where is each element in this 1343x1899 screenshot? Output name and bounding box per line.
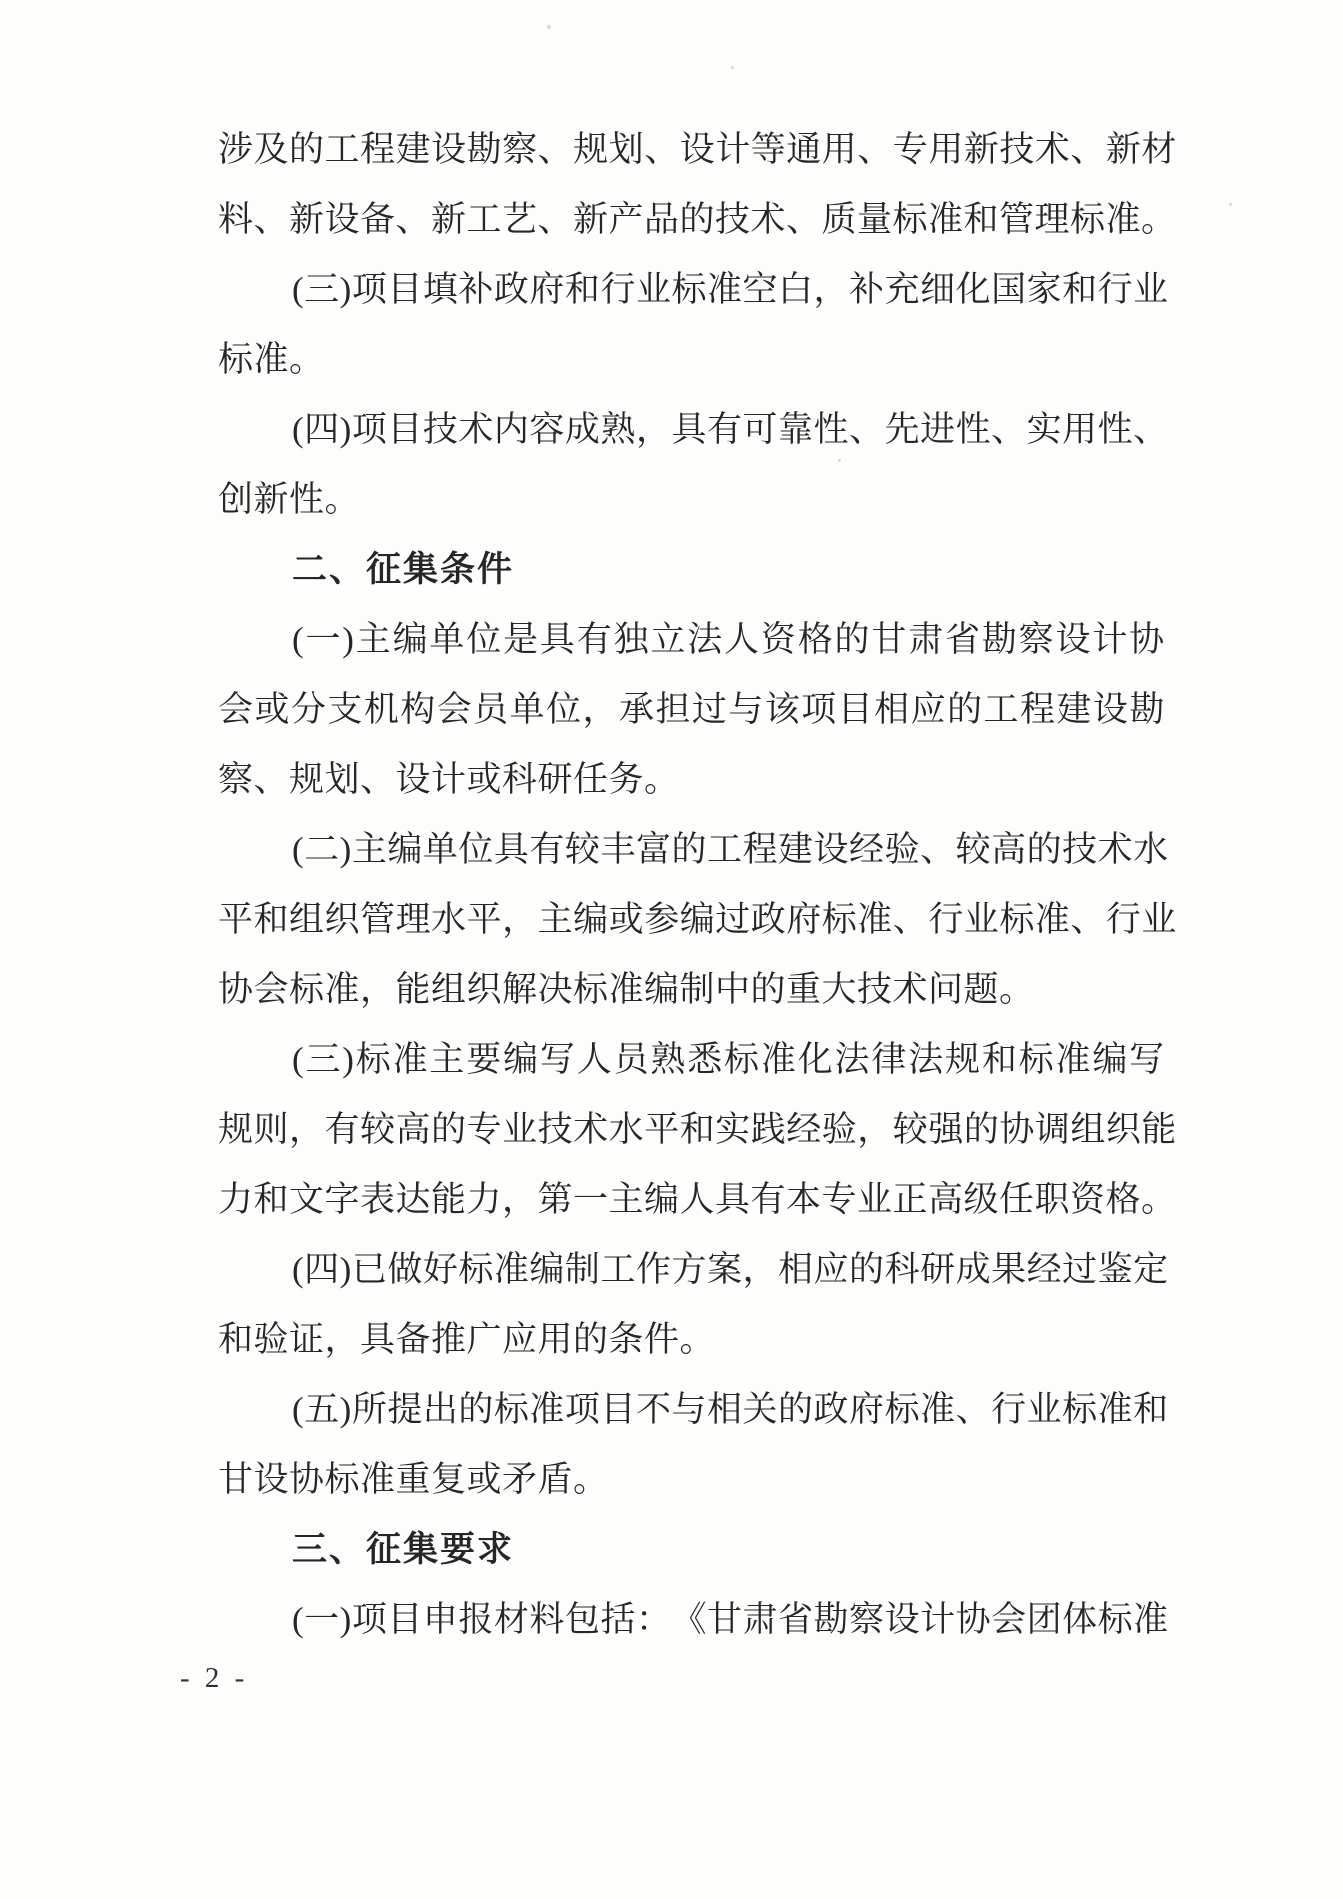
body-line: 察、规划、设计或科研任务。 — [218, 745, 1165, 815]
body-line: 涉及的工程建设勘察、规划、设计等通用、专用新技术、新材 — [218, 115, 1165, 185]
body-line: 创新性。 — [218, 465, 1165, 535]
body-line: (三)项目填补政府和行业标准空白，补充细化国家和行业 — [218, 255, 1165, 325]
section-heading: 三、征集要求 — [218, 1515, 1165, 1585]
body-line: (二)主编单位具有较丰富的工程建设经验、较高的技术水 — [218, 815, 1165, 885]
body-line: 力和文字表达能力，第一主编人具有本专业正高级任职资格。 — [218, 1165, 1165, 1235]
body-line: 协会标准，能组织解决标准编制中的重大技术问题。 — [218, 955, 1165, 1025]
body-line: (四)项目技术内容成熟，具有可靠性、先进性、实用性、 — [218, 395, 1165, 465]
scan-speck — [731, 66, 734, 69]
body-line: 标准。 — [218, 325, 1165, 395]
scan-speck — [1229, 203, 1232, 206]
body-line: (三)标准主要编写人员熟悉标准化法律法规和标准编写 — [218, 1025, 1165, 1095]
section-heading: 二、征集条件 — [218, 535, 1165, 605]
document-body: 涉及的工程建设勘察、规划、设计等通用、专用新技术、新材料、新设备、新工艺、新产品… — [218, 115, 1165, 1655]
body-line: 平和组织管理水平，主编或参编过政府标准、行业标准、行业 — [218, 885, 1165, 955]
body-line: (四)已做好标准编制工作方案，相应的科研成果经过鉴定 — [218, 1235, 1165, 1305]
body-line: 规则，有较高的专业技术水平和实践经验，较强的协调组织能 — [218, 1095, 1165, 1165]
body-line: (五)所提出的标准项目不与相关的政府标准、行业标准和 — [218, 1375, 1165, 1445]
page-number: - 2 - — [180, 1660, 248, 1696]
body-line: 和验证，具备推广应用的条件。 — [218, 1305, 1165, 1375]
body-line: 会或分支机构会员单位，承担过与该项目相应的工程建设勘 — [218, 675, 1165, 745]
scan-speck — [838, 459, 841, 462]
body-line: (一)项目申报材料包括：《甘肃省勘察设计协会团体标准 — [218, 1585, 1165, 1655]
scan-speck — [736, 290, 739, 293]
body-line: 料、新设备、新工艺、新产品的技术、质量标准和管理标准。 — [218, 185, 1165, 255]
scan-speck — [547, 25, 551, 29]
document-page: 涉及的工程建设勘察、规划、设计等通用、专用新技术、新材料、新设备、新工艺、新产品… — [0, 0, 1343, 1899]
body-line: 甘设协标准重复或矛盾。 — [218, 1445, 1165, 1515]
body-line: (一)主编单位是具有独立法人资格的甘肃省勘察设计协 — [218, 605, 1165, 675]
